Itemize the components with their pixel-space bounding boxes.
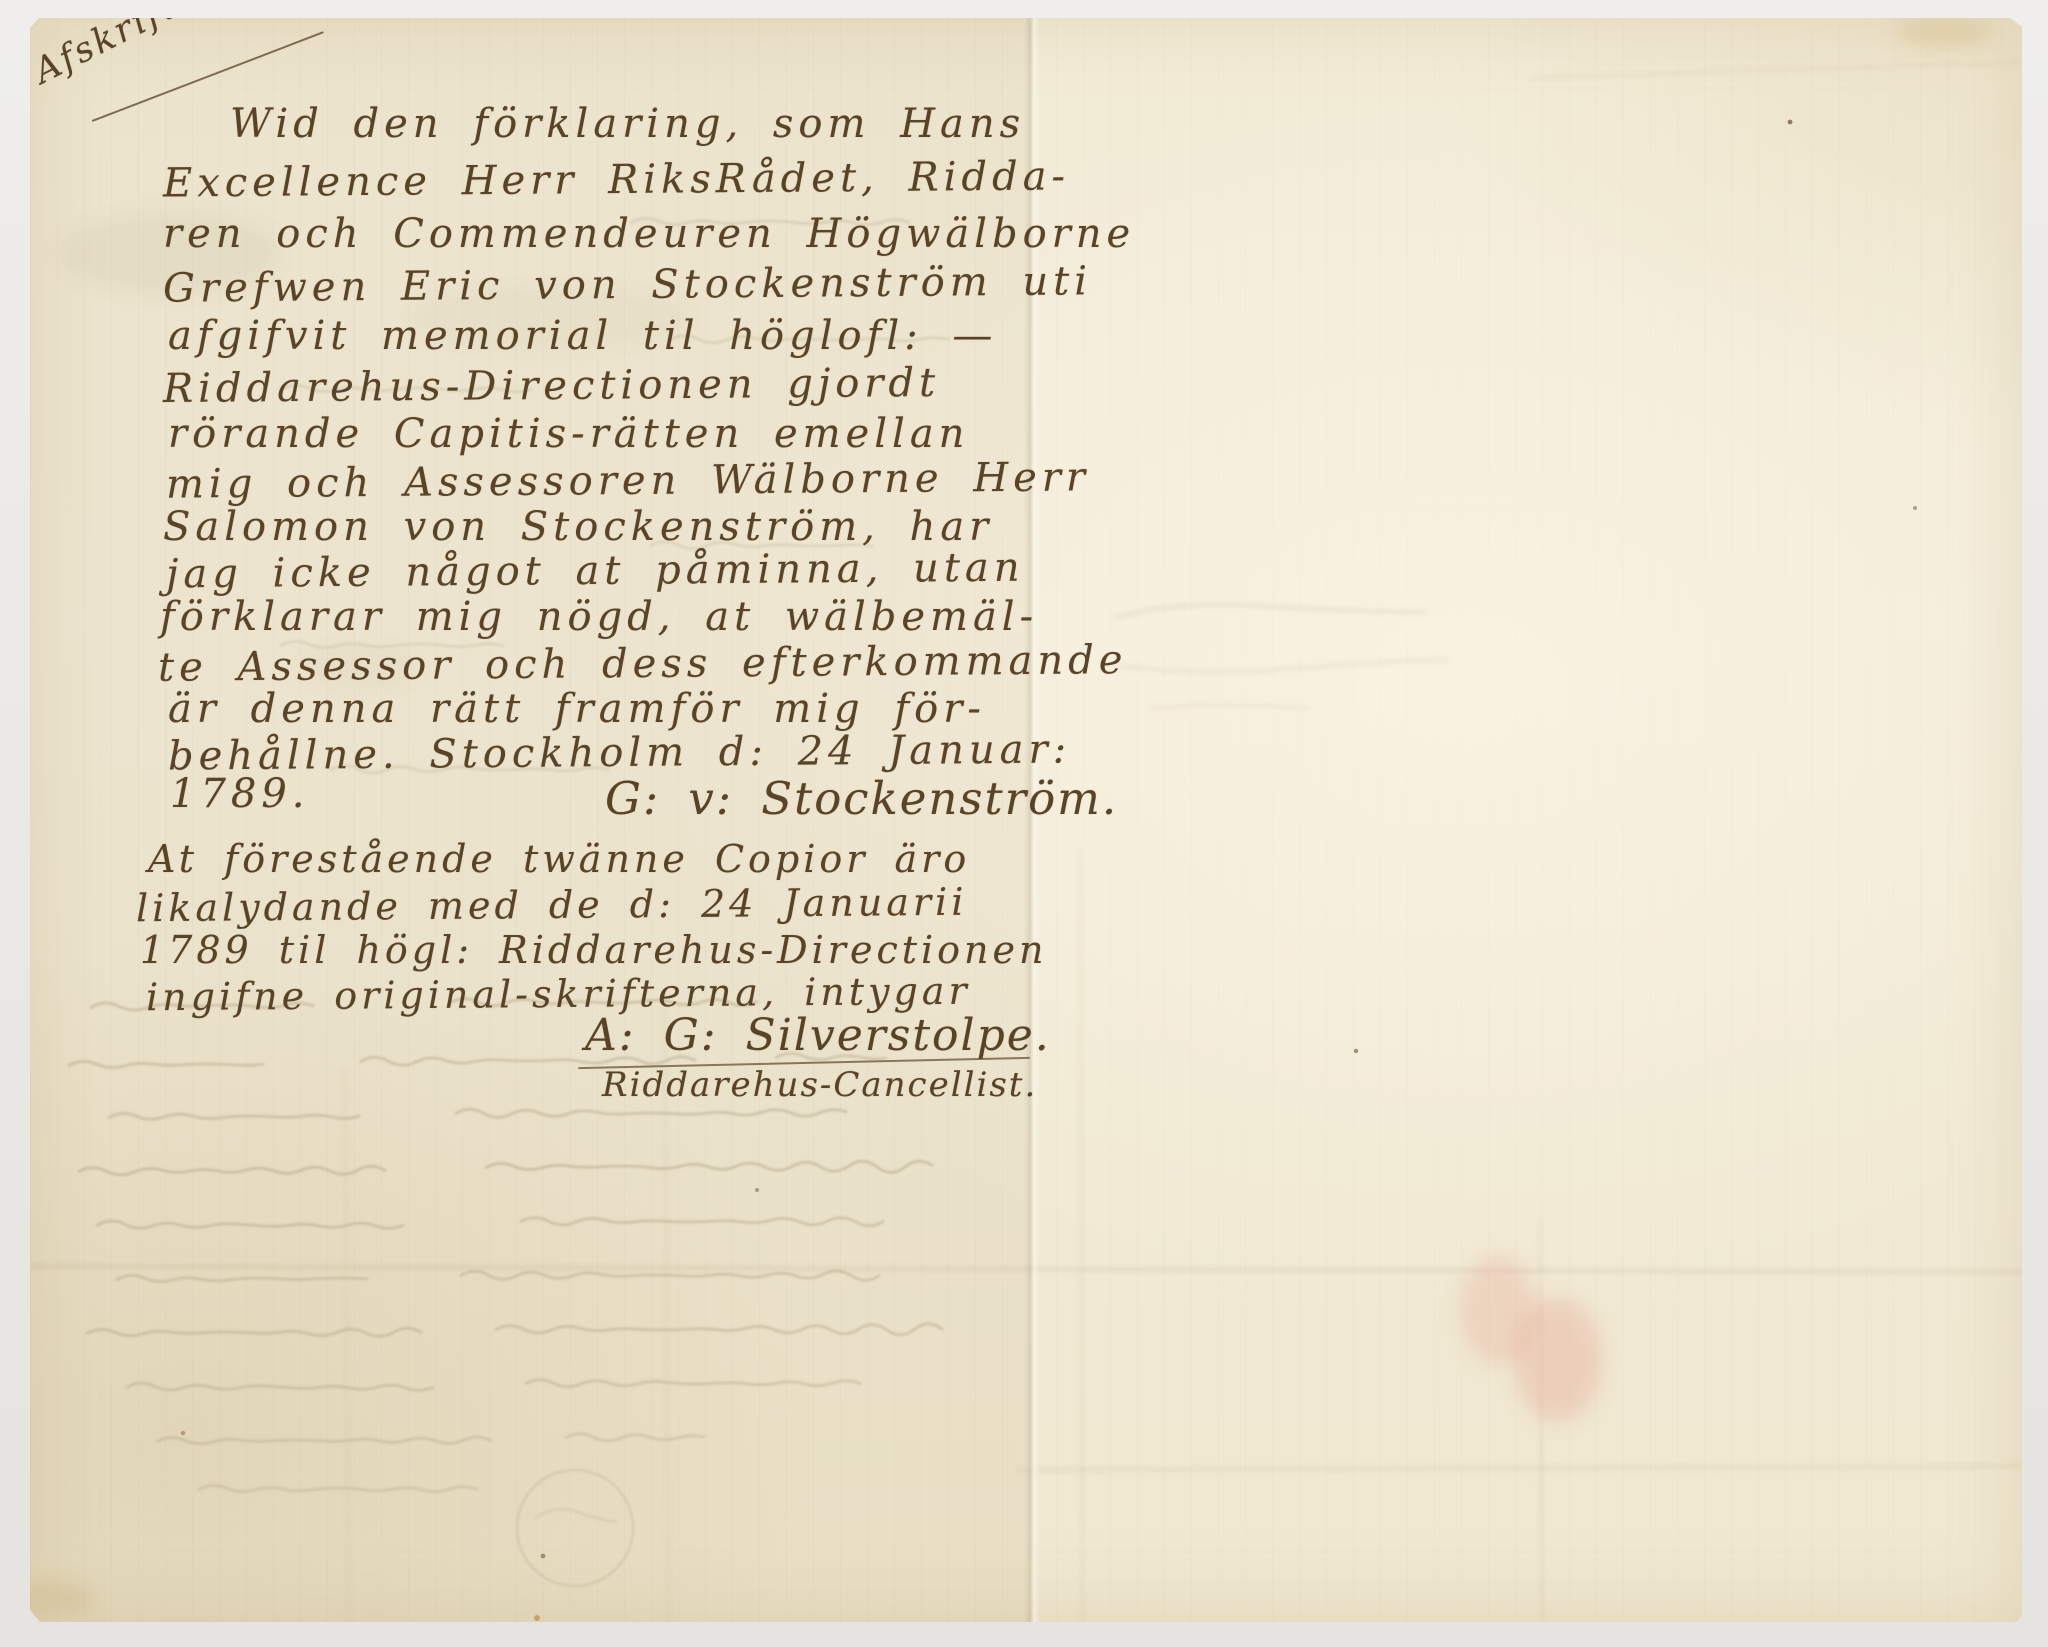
- body-line: Salomon von Stockenström, har: [163, 507, 993, 547]
- signature-stockenstrom: G: v: Stockenström.: [605, 776, 1118, 821]
- body-line: Grefwen Eric von Stockenström uti: [163, 261, 1092, 308]
- body-line: behållne. Stockholm d: 24 Januar:: [168, 729, 1071, 776]
- body-line-year: 1789.: [170, 774, 310, 814]
- body-line: Wid den förklaring, som Hans: [230, 104, 1025, 144]
- body-line: mig och Assessoren Wälborne Herr: [166, 457, 1090, 504]
- signature-title: Riddarehus-Cancellist.: [602, 1068, 1037, 1102]
- body-line: rörande Capitis-rätten emellan: [168, 414, 969, 454]
- body-line: är denna rätt framför mig för-: [168, 689, 986, 729]
- body-line: Riddarehus-Directionen gjordt: [163, 363, 940, 409]
- scan-background: Afskrift. Wid den förklaring, som Hans E…: [0, 0, 2048, 1647]
- body-line: te Assessor och dess efterkommande: [158, 640, 1128, 688]
- signature-silverstolpe: A: G: Silverstolpe.: [585, 1014, 1051, 1058]
- attestation-line: likalydande med de d: 24 Januarii: [136, 883, 968, 928]
- body-line: ren och Commendeuren Högwälborne: [163, 214, 1135, 254]
- body-line: Excellence Herr RiksRådet, Ridda-: [163, 156, 1070, 203]
- seal-ghost: [517, 1470, 633, 1586]
- letter-page: Afskrift. Wid den förklaring, som Hans E…: [30, 18, 2022, 1622]
- body-line: afgifvit memorial til höglofl: —: [168, 316, 997, 356]
- attestation-line: At förestående twänne Copior äro: [148, 840, 970, 878]
- attestation-line: 1789 til högl: Riddarehus-Directionen: [140, 931, 1047, 969]
- body-line: jag icke något at påminna, utan: [166, 548, 1025, 595]
- body-line: förklarar mig nögd, at wälbemäl-: [160, 597, 1038, 637]
